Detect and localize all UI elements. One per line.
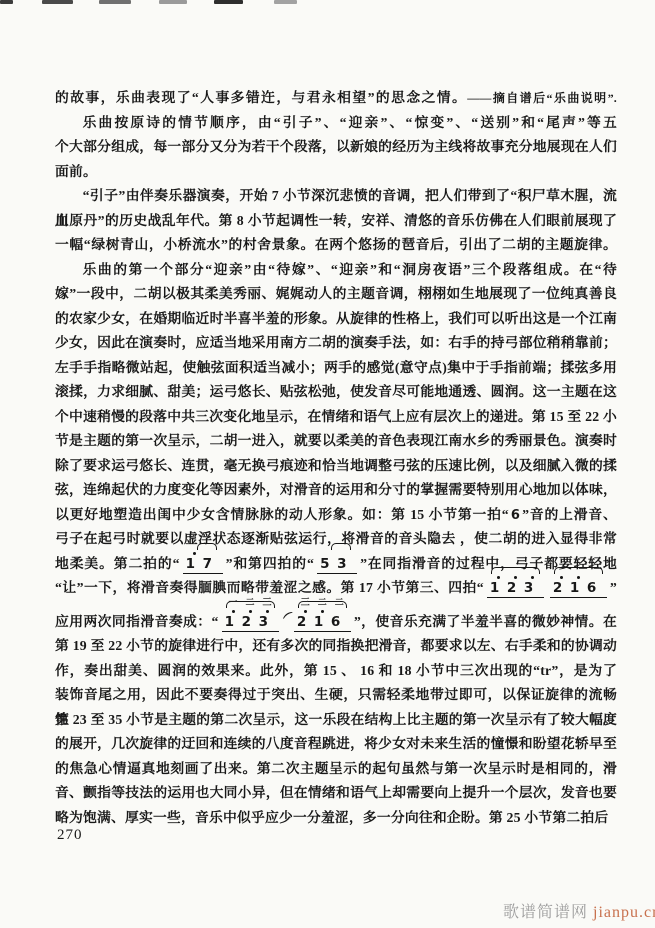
text-run: 个中速稍慢的段落中共三次变化地呈示，在情绪和语气上应有层次上的递进。第 15 至…	[55, 409, 617, 424]
text-line: 略为饱满、厚实一些，音乐中似乎应少一分羞涩，多一分向往和企盼。第 25 小节第二…	[55, 806, 617, 831]
text-line: 个中速稍慢的段落中共三次变化地呈示，在情绪和语气上应有层次上的递进。第 15 至…	[55, 405, 617, 430]
text-line: 音、颤指等技法的运用也大同小异，但在情绪和语气上却需要向上提升一个层次，发音也要	[55, 781, 617, 806]
note-digit: 2二	[242, 615, 259, 630]
octave-dot	[193, 552, 196, 555]
text-run: 节是主题的第一次呈示，二胡一进入，就要以柔美的音色表现江南水乡的秀丽景色。演奏时	[55, 433, 617, 448]
body-text: 的故事，乐曲表现了“人事多错迕，与君永相望”的思念之情。——摘自谱后“乐曲说明”…	[55, 86, 617, 830]
slur-arc	[197, 543, 217, 550]
text-run: 音、颤指等技法的运用也大同小异，但在情绪和语气上却需要向上提升一个层次，发音也要	[55, 785, 617, 800]
slur-arc	[331, 543, 351, 550]
scan-artifact-mark	[99, 0, 131, 4]
text-line: 作，奏出甜美、圆润的效果来。此外，第 15 、 16 和 18 小节中三次出现的…	[55, 659, 617, 684]
note-digit: 6	[587, 581, 604, 596]
note-digit: 1	[570, 581, 587, 596]
note-digit: 1一	[225, 615, 242, 630]
text-run: ”音的上滑音、	[522, 507, 617, 522]
fingering-mark: 三	[263, 598, 272, 607]
watermark-url: jianpu.cn	[593, 904, 655, 921]
octave-dot	[321, 610, 324, 613]
text-line: 第 19 至 22 小节的旋律进行中，还有多次的同指换把滑音，都要求以左、右手柔…	[55, 634, 617, 659]
text-run: 面前。	[55, 164, 97, 179]
watermark-site-name: 歌谱简谱网	[503, 904, 588, 921]
text-line: 左手手指略微站起，使触弦面积适当减小；两手的感觉(意守点)集中于手指前端；揉弦多…	[55, 356, 617, 381]
text-line: 节是主题的第一次呈示，二胡一进入，就要以柔美的音色表现江南水乡的秀丽景色。演奏时	[55, 429, 617, 454]
note-digit: 2三	[297, 615, 314, 630]
text-run: 乐曲按原诗的情节顺序，由“引子”、“迎亲”、“惊变”、“送别”和“尾声”等五	[83, 115, 617, 130]
octave-dot	[560, 576, 563, 579]
text-run: 嫁”一段中，二胡以极其柔美秀丽、娓娓动人的主题音调，栩栩如生地展现了一位纯真善良	[55, 286, 617, 301]
note-digit: 6二	[331, 615, 348, 630]
text-run: 一幅“绿树青山，小桥流水”的村舍景象。在两个悠扬的琶音后，引出了二胡的主题旋律。	[55, 237, 617, 252]
scan-artifact-mark	[42, 0, 73, 4]
scan-artifact-mark	[214, 0, 243, 4]
octave-dot	[514, 576, 517, 579]
text-run: 乐曲的第一个部分“迎亲”由“待嫁”、“迎亲”和“洞房夜语”三个段落组成。在“待	[83, 262, 617, 277]
text-run: 的焦急心情逼真地刻画了出来。第二次主题呈示的起句虽然与第一次呈示时是相同的，滑	[55, 761, 617, 776]
note-digit: 1二	[314, 615, 331, 630]
text-line: 乐曲的第一个部分“迎亲”由“待嫁”、“迎亲”和“洞房夜语”三个段落组成。在“待	[55, 258, 617, 283]
text-run: ”和第四拍的“	[226, 556, 314, 571]
slur-arc	[491, 567, 540, 574]
note-digit: 6	[509, 508, 522, 523]
text-line: 滚揉，力求细腻、甜美；运弓悠长、贴弦松弛，使发音尽可能地通透、圆润。这一主题在这	[55, 380, 617, 405]
text-line: 第 23 至 35 小节是主题的第二次呈示，这一乐段在结构上比主题的第一次呈示有…	[55, 708, 617, 733]
text-line: 一幅“绿树青山，小桥流水”的村舍景象。在两个悠扬的琶音后，引出了二胡的主题旋律。	[55, 233, 617, 258]
jianpu-notation-group: ⌒2三1二6二	[285, 610, 351, 636]
octave-dot	[531, 576, 534, 579]
slur-arc	[554, 567, 603, 574]
text-line: 少女，因此在演奏时，应适当地采用南方二胡的演奏手法，如：右手的持弓部位稍稍靠前；	[55, 331, 617, 356]
text-run: 个大部分组成，每一部分又分为若干个段落，以新娘的经历为主线将故事充分地展现在人们	[55, 139, 617, 154]
text-run: “让”一下，将滑音奏得腼腆而略带羞涩之感。第 17 小节第三、四拍“	[55, 580, 484, 595]
text-run: 的故事，乐曲表现了“人事多错迕，与君永相望”的思念之情。	[55, 90, 467, 105]
text-run: 地柔美。第二拍的“	[55, 556, 180, 571]
text-line: 除了要求运弓悠长、连贯，毫无换弓痕迹和恰当地调整弓弦的压速比例，以及细腻入微的揉	[55, 454, 617, 479]
note-digit: 2	[553, 581, 570, 596]
scan-artifact-mark	[0, 0, 13, 4]
jianpu-notation-group: 216	[550, 576, 607, 601]
text-run: 川原丹”的历史战乱年代。第 8 小节起调性一转，安祥、清悠的音乐仿佛在人们眼前展…	[55, 213, 617, 228]
scan-artifact-mark	[274, 0, 297, 4]
note-digit: 7	[203, 557, 220, 572]
source-note-text: ——摘自谱后“乐曲说明”.	[467, 91, 617, 105]
text-line: 的农家少女，在婚期临近时半喜半羞的形象。从旋律的性格上，我们可以听出这是一个江南	[55, 307, 617, 332]
page-number: 270	[57, 827, 83, 844]
text-run: 弦，连绵起伏的力度变化等因素外，对滑音的运用和分寸的掌握需要特别用心地加以体味，	[55, 482, 617, 497]
fingering-mark: 二	[318, 598, 327, 607]
fingering-mark: 一	[229, 598, 238, 607]
text-run: 第 19 至 22 小节的旋律进行中，还有多次的同指换把滑音，都要求以左、右手柔…	[55, 638, 617, 653]
text-line: 的焦急心情逼真地刻画了出来。第二次主题呈示的起句虽然与第一次呈示时是相同的，滑	[55, 757, 617, 782]
text-run: 左手手指略微站起，使触弦面积适当减小；两手的感觉(意守点)集中于手指前端；揉弦多…	[55, 360, 617, 375]
fingering-mark: 三	[301, 598, 310, 607]
jianpu-notation-group: 17	[183, 552, 223, 577]
octave-dot	[497, 576, 500, 579]
text-line: 弦，连绵起伏的力度变化等因素外，对滑音的运用和分寸的掌握需要特别用心地加以体味，	[55, 478, 617, 503]
text-line: 川原丹”的历史战乱年代。第 8 小节起调性一转，安祥、清悠的音乐仿佛在人们眼前展…	[55, 209, 617, 234]
note-digit: 3三	[259, 615, 276, 630]
jianpu-notation-group: 123	[487, 576, 544, 601]
note-digit: 1	[186, 557, 203, 572]
jianpu-notation-group: 53	[317, 552, 357, 577]
note-digit: 3	[524, 581, 541, 596]
octave-dot	[266, 610, 269, 613]
text-line: 的故事，乐曲表现了“人事多错迕，与君永相望”的思念之情。——摘自谱后“乐曲说明”…	[55, 86, 617, 111]
text-line: 乐曲按原诗的情节顺序，由“引子”、“迎亲”、“惊变”、“送别”和“尾声”等五	[55, 111, 617, 136]
text-run: ”，使音乐充满了半羞半喜的微妙神情。在	[354, 614, 617, 629]
jianpu-notation-group: 1一2二3三	[222, 610, 279, 635]
scan-artifact-mark	[159, 0, 187, 4]
note-digit: 1	[490, 581, 507, 596]
note-digit: 2	[507, 581, 524, 596]
text-line: 个大部分组成，每一部分又分为若干个段落，以新娘的经历为主线将故事充分地展现在人们	[55, 135, 617, 160]
text-run: 第 23 至 35 小节是主题的第二次呈示，这一乐段在结构上比主题的第一次呈示有…	[55, 712, 617, 727]
fingering-mark: 二	[246, 598, 255, 607]
octave-dot	[249, 610, 252, 613]
text-run: 的展开，几次旋律的迂回和连续的八度音程跳进，将少女对未来生活的憧憬和盼望花轿早至	[55, 736, 617, 751]
text-run: 少女，因此在演奏时，应适当地采用南方二胡的演奏手法，如：右手的持弓部位稍稍靠前；	[55, 335, 617, 350]
book-page: 的故事，乐曲表现了“人事多错迕，与君永相望”的思念之情。——摘自谱后“乐曲说明”…	[0, 0, 655, 928]
text-run: 的农家少女，在婚期临近时半喜半羞的形象。从旋律的性格上，我们可以听出这是一个江南	[55, 311, 617, 326]
octave-dot	[304, 610, 307, 613]
text-line: 以更好地塑造出闺中少女含情脉脉的动人形象。如：第 15 小节第一拍“6”音的上滑…	[55, 503, 617, 528]
text-run: 应用两次同指滑音奏成：“	[55, 614, 219, 629]
text-line: 的展开，几次旋律的迂回和连续的八度音程跳进，将少女对未来生活的憧憬和盼望花轿早至	[55, 732, 617, 757]
text-run: 略为饱满、厚实一些，音乐中似乎应少一分羞涩，多一分向往和企盼。第 25 小节第二…	[55, 810, 608, 825]
octave-dot	[232, 610, 235, 613]
text-run: 除了要求运弓悠长、连贯，毫无换弓痕迹和恰当地调整弓弦的压速比例，以及细腻入微的揉	[55, 458, 617, 473]
text-line: “引子”由伴奏乐器演奏，开始 7 小节深沉悲愤的音调，把人们带到了“积尸草木腥，…	[55, 184, 617, 209]
text-line: 装饰音尾之用，因此不要奏得过于突出、生硬，只需轻柔地带过即可，以保证旋律的流畅性…	[55, 683, 617, 708]
text-line: 面前。	[55, 160, 617, 185]
text-run: 滚揉，力求细腻、甜美；运弓悠长、贴弦松弛，使发音尽可能地通透、圆润。这一主题在这	[55, 384, 617, 399]
note-digit: 5	[320, 557, 337, 572]
text-run: 以更好地塑造出闺中少女含情脉脉的动人形象。如：第 15 小节第一拍“	[55, 507, 509, 522]
text-line: 应用两次同指滑音奏成：“1一2二3三⌒2三1二6二”，使音乐充满了半羞半喜的微妙…	[55, 610, 617, 635]
text-run: ”	[610, 580, 617, 595]
note-digit: 3	[337, 557, 354, 572]
watermark: 歌谱简谱网 jianpu.cn	[503, 899, 655, 922]
fingering-mark: 二	[335, 598, 344, 607]
text-line: 嫁”一段中，二胡以极其柔美秀丽、娓娓动人的主题音调，栩栩如生地展现了一位纯真善良	[55, 282, 617, 307]
octave-dot	[577, 576, 580, 579]
text-run: 作，奏出甜美、圆润的效果来。此外，第 15 、 16 和 18 小节中三次出现的…	[55, 663, 617, 678]
